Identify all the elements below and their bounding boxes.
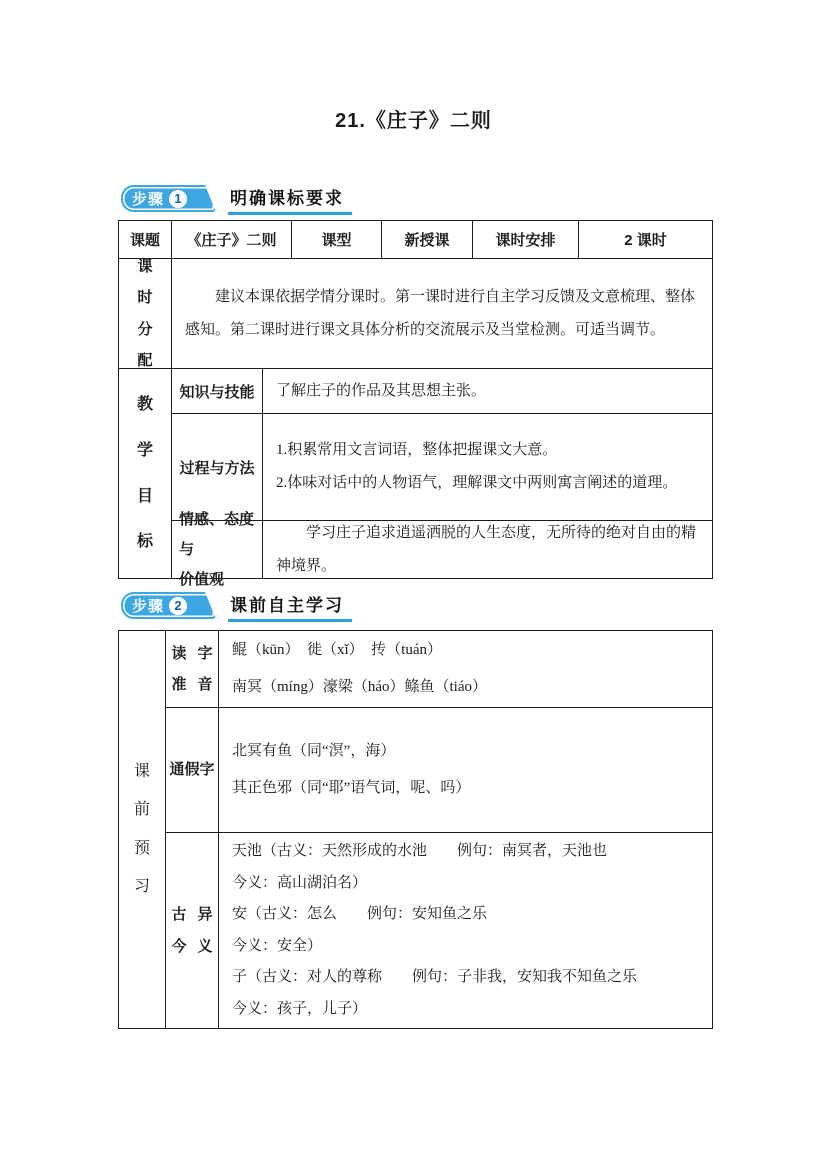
pronunciation-line-1: 鲲（kūn） 徙（xǐ） 抟（tuán）	[232, 632, 712, 669]
table-row-header: 课题 《庄子》二则 课型 新授课 课时安排 2 课时	[119, 221, 712, 259]
step1-badge: 步骤 1	[121, 185, 216, 212]
gujinyiyi-line-5: 子（古义：对人的尊称 例句：子非我，安知我不知鱼之乐	[232, 962, 712, 994]
gujinyiyi-line-3: 安（古义：怎么 例句：安知鱼之乐	[232, 899, 712, 931]
step2-number-circle-icon: 2	[169, 597, 187, 615]
gujinyiyi-line-6: 今义：孩子，儿子）	[232, 994, 712, 1026]
step2-banner: 步骤 2 课前自主学习	[121, 592, 827, 619]
objectives-label: 教学目标	[119, 369, 172, 578]
step1-title: 明确课标要求	[228, 183, 352, 215]
emotion-label: 情感、态度与 价值观	[172, 521, 263, 578]
allocation-label: 课时分配	[119, 259, 172, 368]
tongjiazi-line-2: 其正色邪（同“耶”语气词，呢、吗）	[232, 770, 712, 808]
step2-badge: 步骤 2	[121, 592, 216, 619]
cell-kexing-value: 新授课	[382, 221, 473, 258]
knowledge-text-cell: 了解庄子的作品及其思想主张。	[263, 369, 712, 413]
step1-banner: 步骤 1 明确课标要求	[121, 185, 827, 212]
tongjiazi-content: 北冥有鱼（同“溟”，海） 其正色邪（同“耶”语气词，呢、吗）	[219, 708, 712, 832]
row-pronunciation: 读准 字音 鲲（kūn） 徙（xǐ） 抟（tuán） 南冥（míng）濠梁（há…	[166, 631, 712, 708]
gujinyiyi-content: 天池（古义：天然形成的水池 例句：南冥者，天池也 今义：高山湖泊名） 安（古义：…	[219, 833, 712, 1028]
row-gujinyiyi: 古今 异义 天池（古义：天然形成的水池 例句：南冥者，天池也 今义：高山湖泊名）…	[166, 833, 712, 1028]
cell-keshi-label: 课时安排	[473, 221, 579, 258]
allocation-text-cell: 建议本课依据学情分课时。第一课时进行自主学习反馈及文意梳理、整体感知。第二课时进…	[172, 259, 712, 368]
cell-keshi-value: 2 课时	[579, 221, 712, 258]
gujinyiyi-line-4: 今义：安全）	[232, 931, 712, 963]
tongjiazi-line-1: 北冥有鱼（同“溟”，海）	[232, 733, 712, 771]
preview-rows: 读准 字音 鲲（kūn） 徙（xǐ） 抟（tuán） 南冥（míng）濠梁（há…	[166, 631, 712, 1028]
table-row-allocation: 课时分配 建议本课依据学情分课时。第一课时进行自主学习反馈及文意梳理、整体感知。…	[119, 259, 712, 369]
gujinyiyi-line-1: 天池（古义：天然形成的水池 例句：南冥者，天池也	[232, 836, 712, 868]
cell-kexing-label: 课型	[292, 221, 382, 258]
gujinyiyi-line-2: 今义：高山湖泊名）	[232, 868, 712, 900]
objectives-row-emotion: 情感、态度与 价值观 学习庄子追求逍遥洒脱的人生态度，无所待的绝对自由的精神境界…	[172, 521, 712, 578]
row-tongjiazi: 通假 字 北冥有鱼（同“溟”，海） 其正色邪（同“耶”语气词，呢、吗）	[166, 708, 712, 833]
document-page: 21.《庄子》二则 步骤 1 明确课标要求 课题 《庄子》二则 课型 新授课 课…	[0, 0, 827, 1169]
knowledge-label: 知识与技能	[172, 369, 263, 413]
cell-keti-value: 《庄子》二则	[172, 221, 292, 258]
table-row-objectives: 教学目标 知识与技能 了解庄子的作品及其思想主张。 过程与方法 1.积累常用文言…	[119, 369, 712, 578]
objectives-subtable: 知识与技能 了解庄子的作品及其思想主张。 过程与方法 1.积累常用文言词语，整体…	[172, 369, 712, 578]
process-text-cell: 1.积累常用文言词语，整体把握课文大意。 2.体味对话中的人物语气，理解课文中两…	[263, 414, 712, 520]
knowledge-text: 了解庄子的作品及其思想主张。	[276, 375, 712, 408]
objectives-row-knowledge: 知识与技能 了解庄子的作品及其思想主张。	[172, 369, 712, 414]
lesson-overview-table: 课题 《庄子》二则 课型 新授课 课时安排 2 课时 课时分配 建议本课依据学情…	[118, 220, 713, 579]
step2-badge-label: 步骤	[132, 595, 164, 616]
pronunciation-content: 鲲（kūn） 徙（xǐ） 抟（tuán） 南冥（míng）濠梁（háo）鲦鱼（t…	[219, 631, 712, 707]
page-title: 21.《庄子》二则	[0, 0, 827, 136]
gujinyiyi-label: 古今 异义	[166, 833, 219, 1028]
tongjiazi-label: 通假 字	[166, 708, 219, 832]
step1-badge-label: 步骤	[132, 188, 164, 209]
step1-number-circle-icon: 1	[169, 190, 187, 208]
preview-side-label: 课前预习	[119, 631, 166, 1028]
preview-table: 课前预习 读准 字音 鲲（kūn） 徙（xǐ） 抟（tuán） 南冥（míng）…	[118, 630, 713, 1029]
process-item-2: 2.体味对话中的人物语气，理解课文中两则寓言阐述的道理。	[276, 467, 702, 500]
allocation-text: 建议本课依据学情分课时。第一课时进行自主学习反馈及文意梳理、整体感知。第二课时进…	[185, 281, 698, 347]
step2-title: 课前自主学习	[228, 590, 352, 622]
process-item-1: 1.积累常用文言词语，整体把握课文大意。	[276, 434, 702, 467]
emotion-text-cell: 学习庄子追求逍遥洒脱的人生态度，无所待的绝对自由的精神境界。	[263, 521, 712, 578]
pronunciation-line-2: 南冥（míng）濠梁（háo）鲦鱼（tiáo）	[232, 669, 712, 706]
pronunciation-label: 读准 字音	[166, 631, 219, 707]
emotion-text: 学习庄子追求逍遥洒脱的人生态度，无所待的绝对自由的精神境界。	[276, 517, 698, 583]
